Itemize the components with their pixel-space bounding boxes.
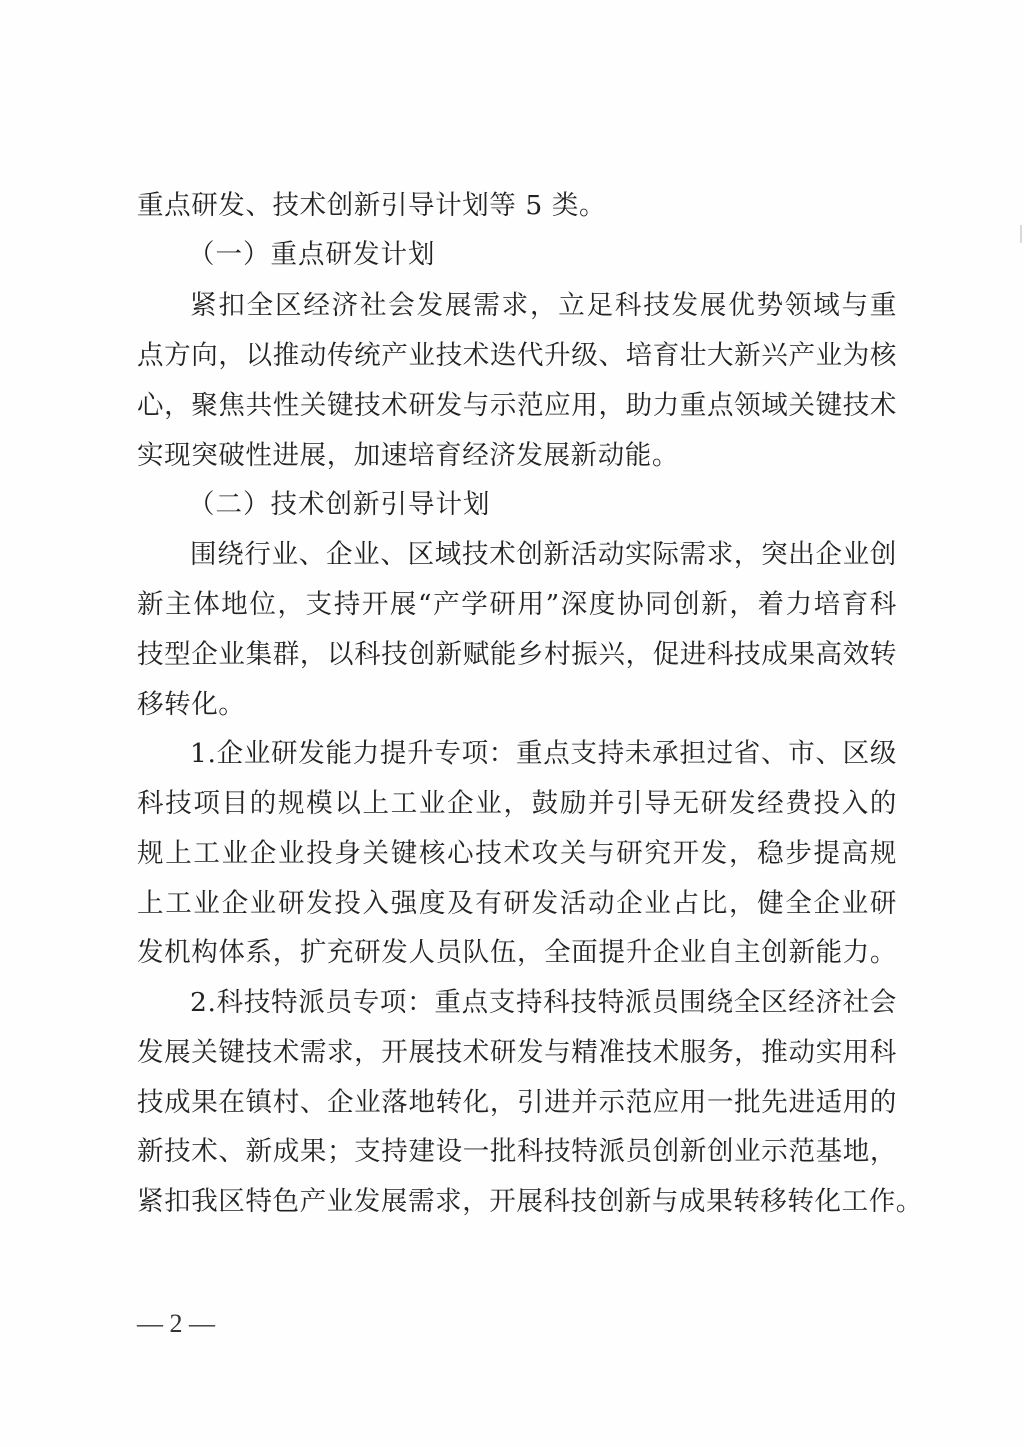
item-1-line: 上工业企业研发投入强度及有研发活动企业占比，健全企业研: [137, 884, 897, 924]
paragraph-line: 紧扣全区经济社会发展需求，立足科技发展优势领域与重: [190, 286, 897, 326]
paragraph-line: 心，聚焦共性关键技术研发与示范应用，助力重点领域关键技术: [137, 386, 897, 426]
item-2-line: 技成果在镇村、企业落地转化，引进并示范应用一批先进适用的: [137, 1083, 897, 1123]
item-1-line: 规上工业企业投身关键核心技术攻关与研究开发，稳步提高规: [137, 834, 897, 874]
item-1-line: 1.企业研发能力提升专项：重点支持未承担过省、市、区级: [190, 734, 897, 774]
item-2-line: 紧扣我区特色产业发展需求，开展科技创新与成果转移转化工作。: [137, 1182, 897, 1222]
paragraph-line: 围绕行业、企业、区域技术创新活动实际需求，突出企业创: [190, 535, 897, 575]
paragraph-line: 技型企业集群，以科技创新赋能乡村振兴，促进科技成果高效转: [137, 635, 897, 675]
item-2-line: 发展关键技术需求，开展技术研发与精准技术服务，推动实用科: [137, 1033, 897, 1073]
page-number: — 2 —: [137, 1306, 215, 1342]
paragraph-line: 新主体地位，支持开展“产学研用”深度协同创新，着力培育科: [137, 585, 897, 625]
paragraph-line: 点方向，以推动传统产业技术迭代升级、培育壮大新兴产业为核: [137, 336, 897, 376]
document-page: 重点研发、技术创新引导计划等 5 类。 （一）重点研发计划 紧扣全区经济社会发展…: [0, 0, 1024, 1447]
section-heading-key-rd: （一）重点研发计划: [188, 235, 436, 275]
item-1-line: 科技项目的规模以上工业企业，鼓励并引导无研发经费投入的: [137, 784, 897, 824]
item-1-line: 发机构体系，扩充研发人员队伍，全面提升企业自主创新能力。: [137, 933, 897, 973]
paragraph-line: 移转化。: [137, 685, 897, 725]
item-2-line: 新技术、新成果；支持建设一批科技特派员创新创业示范基地，: [137, 1132, 897, 1172]
scan-artifact: [1020, 225, 1022, 243]
section-heading-tech-innovation: （二）技术创新引导计划: [188, 485, 491, 525]
paragraph-line: 实现突破性进展，加速培育经济发展新动能。: [137, 436, 897, 476]
item-2-line: 2.科技特派员专项：重点支持科技特派员围绕全区经济社会: [190, 983, 897, 1023]
intro-line: 重点研发、技术创新引导计划等 5 类。: [137, 186, 897, 226]
